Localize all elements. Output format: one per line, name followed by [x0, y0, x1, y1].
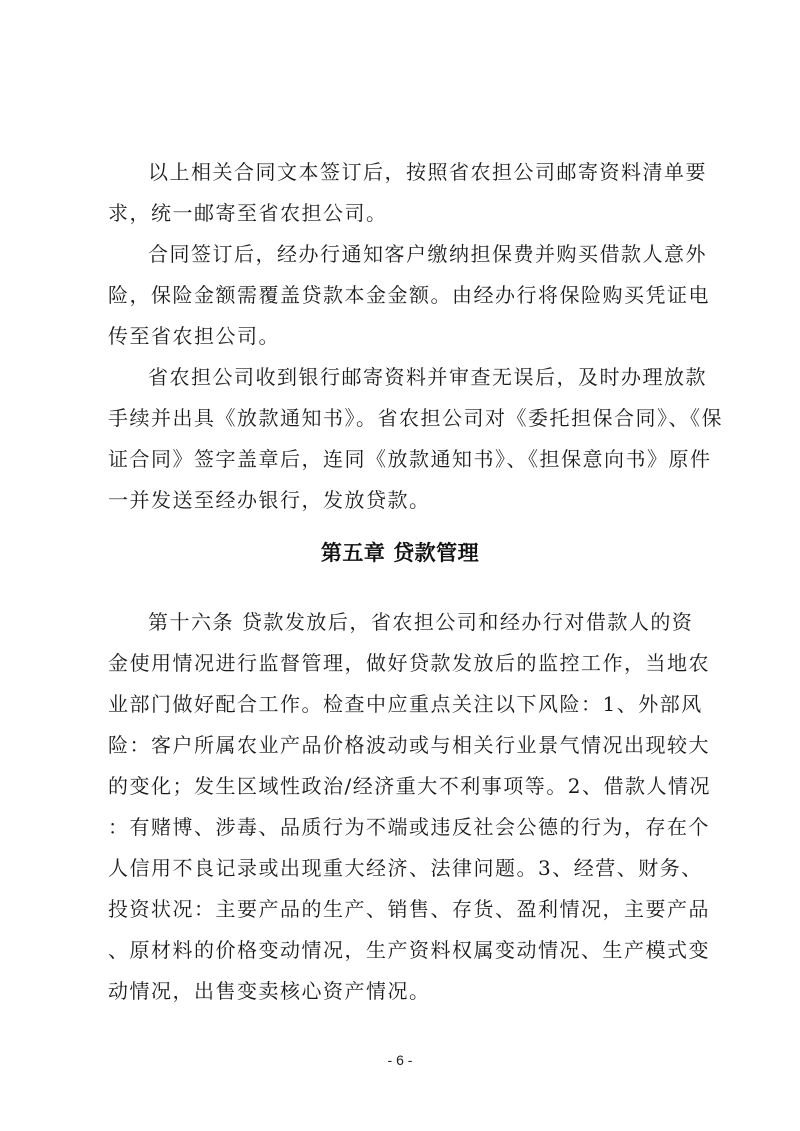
paragraph-line: 险，保险金额需覆盖贷款本金金额。由经办行将保险购买凭证电: [108, 283, 692, 307]
article-line: 金使用情况进行监督管理，做好贷款发放后的监控工作，当地农: [108, 651, 692, 675]
article-line: 人信用不良记录或出现重大经济、法律问题。3、经营、财务、: [108, 856, 692, 880]
paragraph-line: 求，统一邮寄至省农担公司。: [108, 201, 692, 225]
article-line: 第十六条 贷款发放后，省农担公司和经办行对借款人的资: [148, 610, 692, 634]
paragraph-line: 一并发送至经办银行，发放贷款。: [108, 488, 692, 512]
document-page: 以上相关合同文本签订后，按照省农担公司邮寄资料清单要 求，统一邮寄至省农担公司。…: [0, 0, 800, 1131]
article-line: 、原材料的价格变动情况，生产资料权属变动情况、生产模式变: [108, 938, 692, 962]
article-line: 的变化；发生区域性政治/经济重大不利事项等。2、借款人情况: [108, 774, 692, 798]
paragraph-line: 合同签订后，经办行通知客户缴纳担保费并购买借款人意外: [148, 242, 692, 266]
article-line: 投资状况：主要产品的生产、销售、存货、盈利情况，主要产品: [108, 897, 692, 921]
paragraph-line: 以上相关合同文本签订后，按照省农担公司邮寄资料清单要: [148, 160, 692, 184]
paragraph-line: 传至省农担公司。: [108, 324, 692, 348]
article-line: ：有赌博、涉毒、品质行为不端或违反社会公德的行为，存在个: [108, 815, 692, 839]
chapter-heading: 第五章 贷款管理: [0, 540, 800, 566]
article-line: 险：客户所属农业产品价格波动或与相关行业景气情况出现较大: [108, 733, 692, 757]
paragraph-line: 证合同》签字盖章后，连同《放款通知书》、《担保意向书》原件: [108, 447, 692, 471]
article-line: 业部门做好配合工作。检查中应重点关注以下风险：1、外部风: [108, 692, 692, 716]
article-line: 动情况，出售变卖核心资产情况。: [108, 979, 692, 1003]
paragraph-line: 省农担公司收到银行邮寄资料并审查无误后，及时办理放款: [148, 365, 692, 389]
page-number: - 6 -: [0, 1052, 800, 1068]
paragraph-line: 手续并出具《放款通知书》。省农担公司对《委托担保合同》、《保: [108, 406, 692, 430]
